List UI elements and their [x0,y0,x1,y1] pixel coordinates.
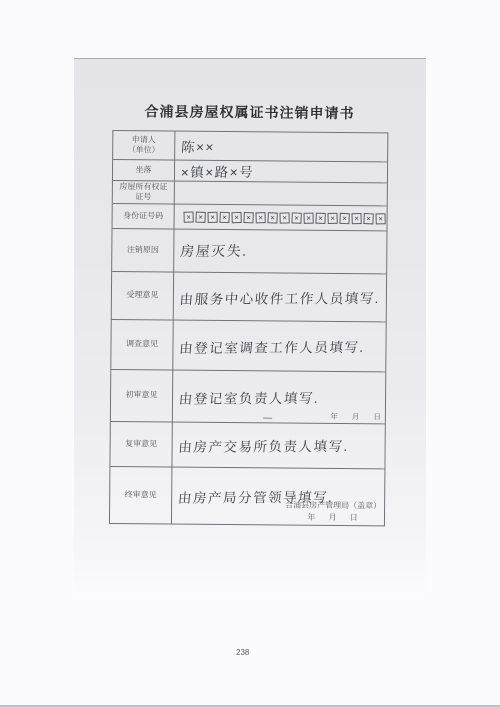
row-value: 由房产局分管领导填写. 合浦县房产管理局（盖章） 年 月 日 [172,468,384,526]
id-digit-box: × [267,212,277,223]
authority-name: 合浦县房产管理局（盖章） [285,501,381,511]
row-value [175,182,387,206]
id-number-boxes: ×××××××××××××××××× [183,211,387,224]
id-digit-box: × [195,211,205,222]
id-digit-box: × [339,212,349,223]
scanned-paper: 合浦县房屋权属证书注销申请书 申请人 （单位） 陈×× 坐落 ×镇×路×号 [74,58,426,599]
page-number: 238 [236,648,249,657]
review-date-line: — 年 月 日 [263,410,382,422]
row-label: 调查意见 [111,320,173,370]
id-digit-box: × [327,212,337,223]
id-digit-box: × [363,213,373,224]
row-label: 初审意见 [111,370,173,422]
id-digit-box: × [183,211,193,222]
row-value: ×镇×路×号 [175,161,387,183]
row-label: 坐落 [113,160,175,181]
row-label: 终审意见 [110,467,172,524]
id-digit-box: × [219,211,229,222]
row-value: 由登记室负责人填写. — 年 月 日 [173,371,385,424]
table-row-investigation-opinion: 调查意见 由登记室调查工作人员填写. [111,320,385,372]
table-row-acceptance-opinion: 受理意见 由服务中心收件工作人员填写. [112,272,386,322]
row-value: 房屋灭失. [174,230,386,274]
authority-stamp-block: 合浦县房产管理局（盖章） 年 月 日 [285,500,381,525]
id-digit-box: × [243,211,253,222]
row-label: 身份证号码 [113,204,175,229]
table-row-preliminary-review: 初审意见 由登记室负责人填写. — 年 月 日 [111,370,385,424]
id-digit-box: × [255,212,265,223]
id-digit-box: × [315,212,325,223]
row-label: 受理意见 [112,272,174,320]
row-label: 申请人 （单位） [113,131,175,160]
table-row-final-review: 终审意见 由房产局分管领导填写. 合浦县房产管理局（盖章） 年 月 日 [110,467,384,525]
id-digit-box: × [375,213,385,224]
year-month-day: 年 月 日 [285,512,381,525]
id-digit-box: × [303,212,313,223]
dash-mark: — [263,413,272,421]
table-row-cancellation-reason: 注销原因 房屋灭失. [112,229,386,274]
row-label: 复审意见 [110,422,172,467]
document-title: 合浦县房屋权属证书注销申请书 [73,101,425,124]
id-digit-box: × [351,212,361,223]
row-value: 由服务中心收件工作人员填写. [174,273,386,322]
application-form-table: 申请人 （单位） 陈×× 坐落 ×镇×路×号 房屋所有权证 [109,130,388,526]
id-digit-box: × [279,212,289,223]
year-month-day: 年 月 日 [330,411,382,422]
table-row-applicant: 申请人 （单位） 陈×× [113,131,387,162]
row-label: 注销原因 [112,229,174,272]
paper-content: 合浦县房屋权属证书注销申请书 申请人 （单位） 陈×× 坐落 ×镇×路×号 [69,59,426,602]
row-value: 陈×× [175,132,387,162]
table-row-certificate-number: 房屋所有权证 证号 [113,181,387,206]
table-row-second-review: 复审意见 由房产交易所负责人填写. [110,422,384,469]
id-digit-box: × [231,211,241,222]
row-value: 由登记室调查工作人员填写. [173,321,385,372]
table-row-id-number: 身份证号码 ×××××××××××××××××× [113,204,387,231]
id-digit-box: × [207,211,217,222]
id-digit-box: × [291,212,301,223]
table-row-location: 坐落 ×镇×路×号 [113,160,387,183]
row-value: ×××××××××××××××××× [175,205,387,231]
row-value: 由房产交易所负责人填写. [172,423,384,469]
row-label: 房屋所有权证 证号 [113,181,175,204]
